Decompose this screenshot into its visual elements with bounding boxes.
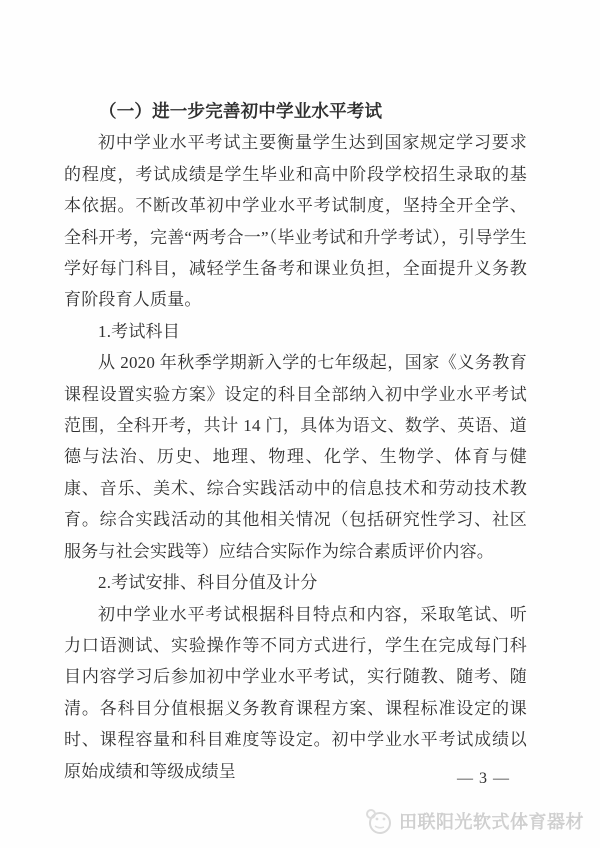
- brand-logo-icon: [363, 806, 393, 836]
- subsection-title-exam-arrangement: 2.考试安排、科目分值及计分: [64, 567, 527, 598]
- scanned-document-page: （一）进一步完善初中学业水平考试 初中学业水平考试主要衡量学生达到国家规定学习要…: [0, 0, 600, 848]
- page-number: — 3 —: [457, 770, 510, 788]
- subsection-title-exam-subjects: 1.考试科目: [64, 316, 527, 347]
- paragraph-exam-subjects: 从 2020 年秋季学期新入学的七年级起，国家《义务教育课程设置实验方案》设定的…: [64, 347, 527, 567]
- document-body: （一）进一步完善初中学业水平考试 初中学业水平考试主要衡量学生达到国家规定学习要…: [64, 96, 527, 787]
- watermark: 田联阳光软式体育器材: [363, 806, 584, 836]
- paragraph-exam-arrangement: 初中学业水平考试根据科目特点和内容，采取笔试、听力口语测试、实验操作等不同方式进…: [64, 599, 527, 787]
- watermark-text: 田联阳光软式体育器材: [399, 808, 584, 834]
- section-heading: （一）进一步完善初中学业水平考试: [64, 96, 527, 127]
- paragraph-overview: 初中学业水平考试主要衡量学生达到国家规定学习要求的程度，考试成绩是学生毕业和高中…: [64, 127, 527, 315]
